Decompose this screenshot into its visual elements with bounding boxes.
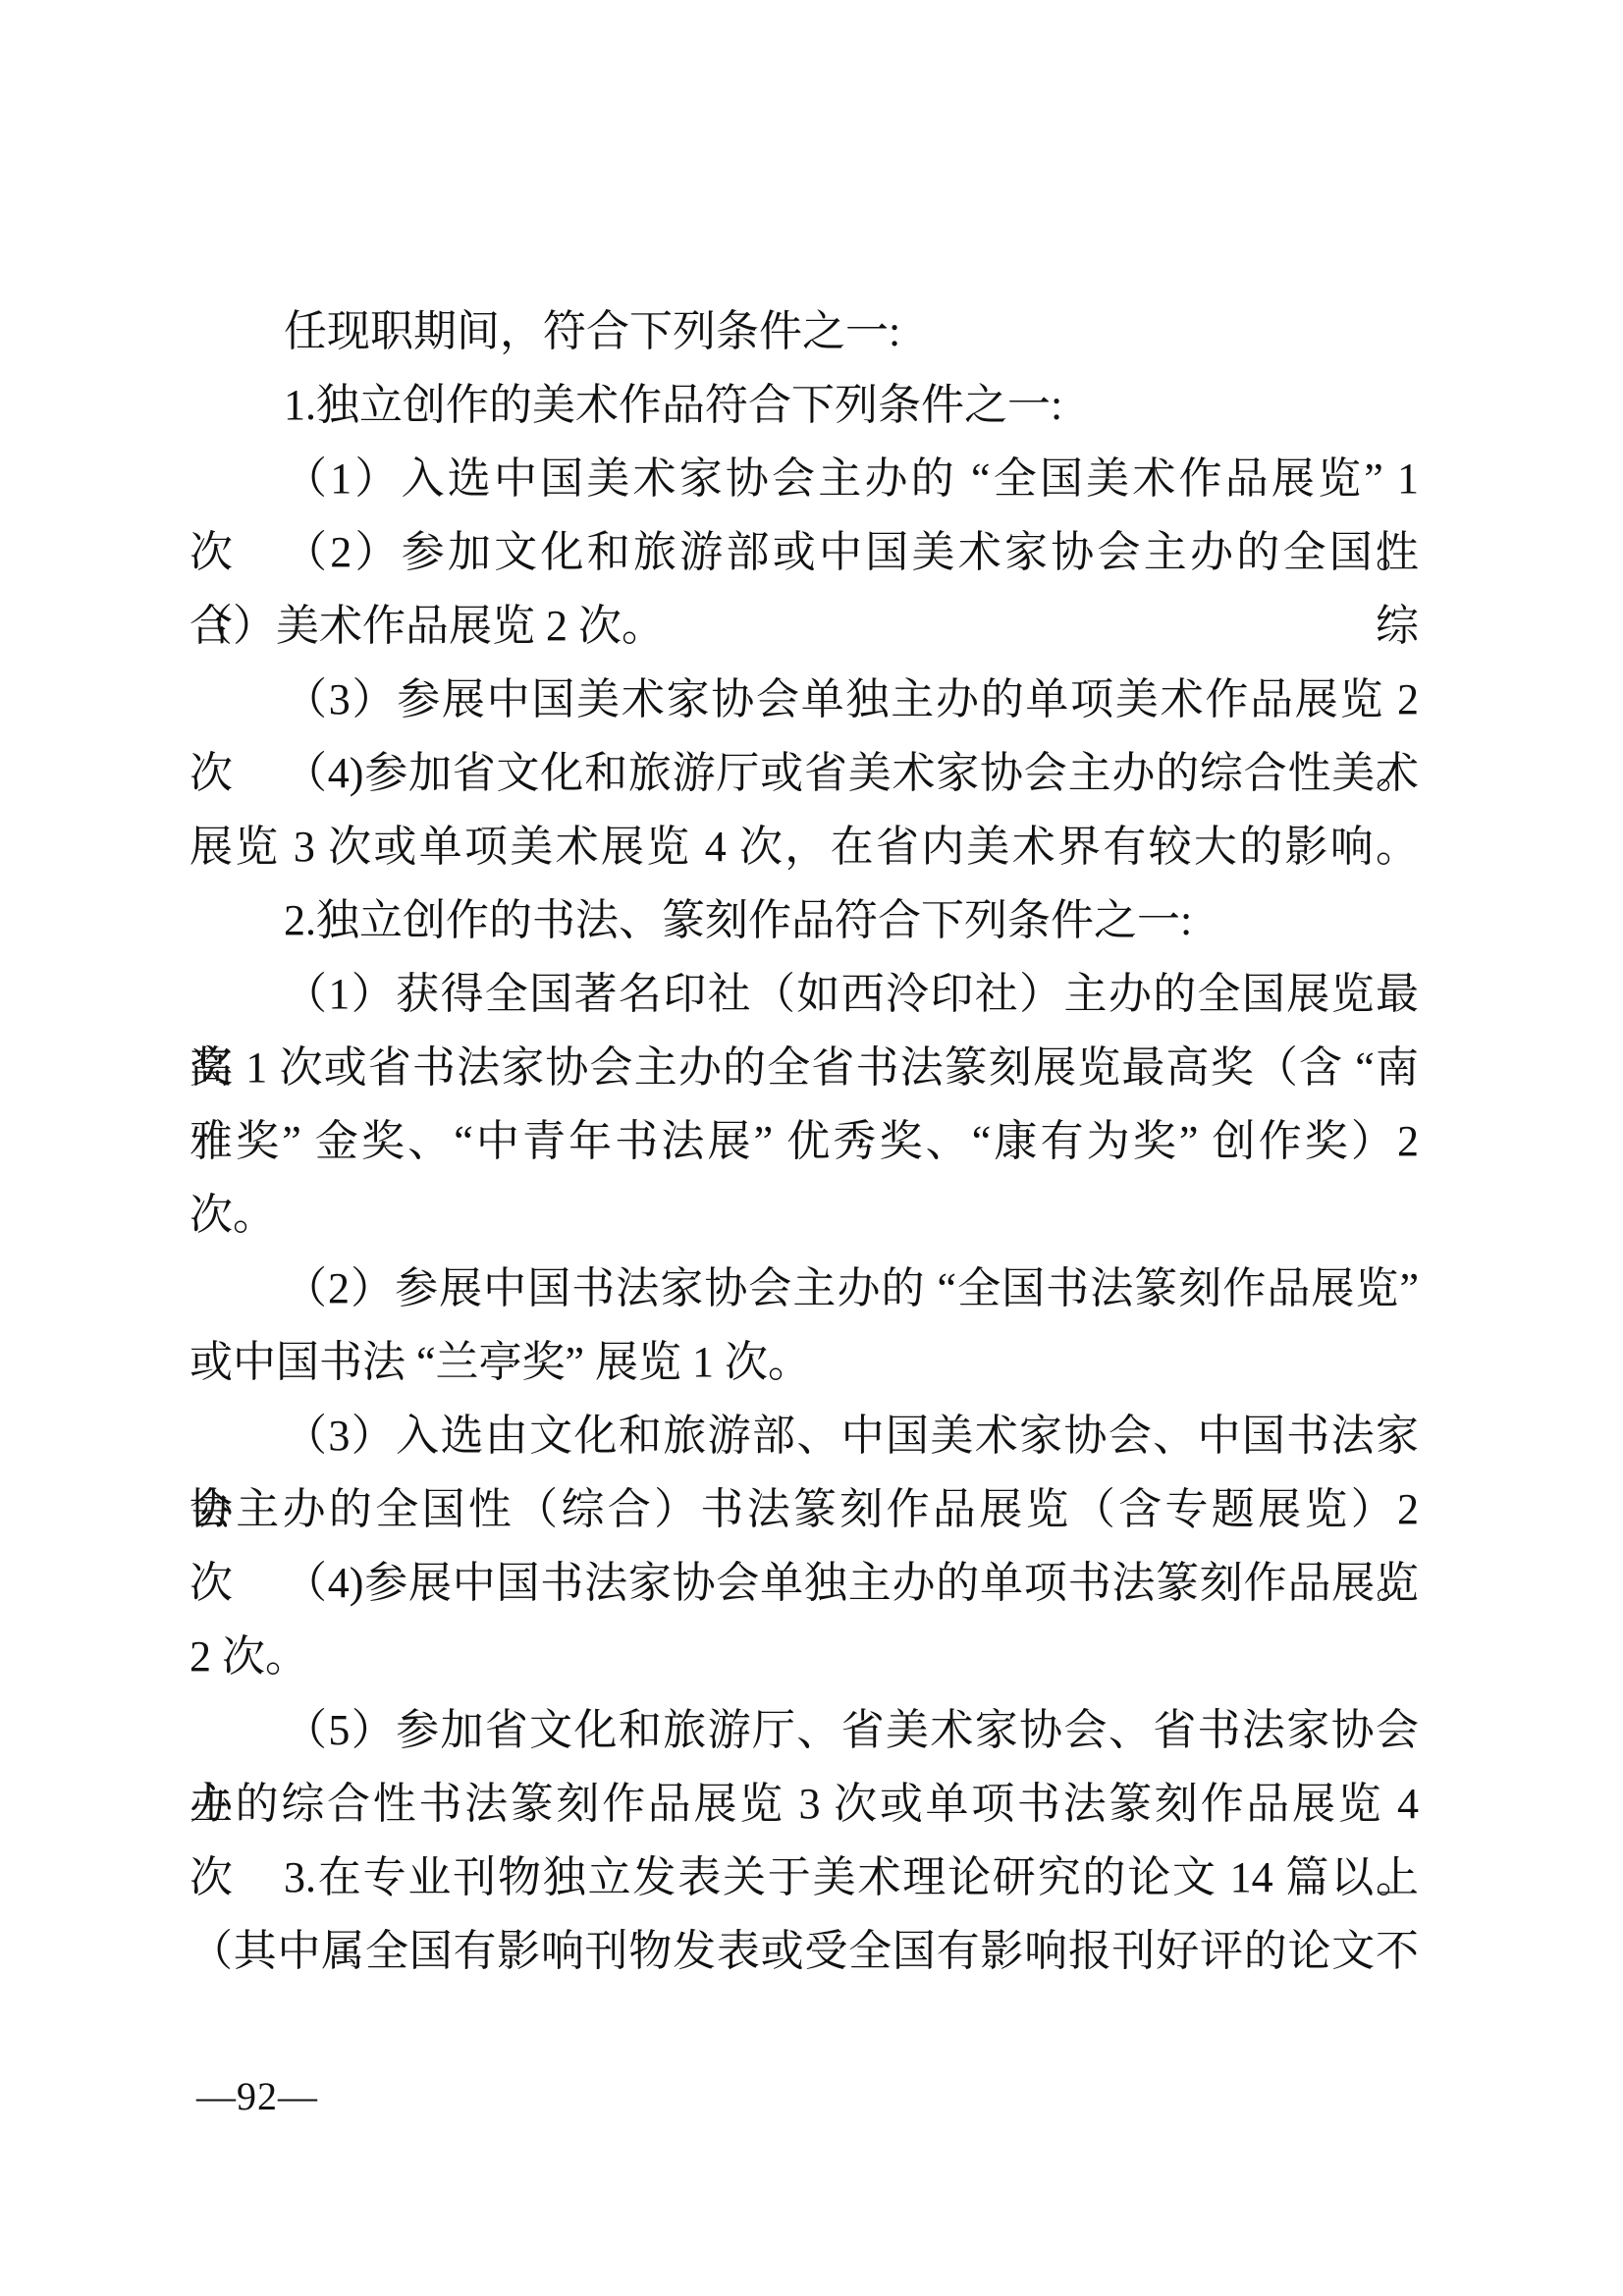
text-line: 1.独立创作的美术作品符合下列条件之一: bbox=[189, 368, 1419, 442]
text-line: （2）参加文化和旅游部或中国美术家协会主办的全国性（综 bbox=[189, 515, 1419, 589]
text-line: （1）入选中国美术家协会主办的 “全国美术作品展览” 1 次。 bbox=[189, 442, 1419, 515]
text-line: （5）参加省文化和旅游厅、省美术家协会、省书法家协会主 bbox=[189, 1693, 1419, 1767]
text-line: （3）参展中国美术家协会单独主办的单项美术作品展览 2 次。 bbox=[189, 663, 1419, 736]
text-line: 办的综合性书法篆刻作品展览 3 次或单项书法篆刻作品展览 4 次。 bbox=[189, 1767, 1419, 1841]
document-lines: 任现职期间，符合下列条件之一:1.独立创作的美术作品符合下列条件之一:（1）入选… bbox=[189, 294, 1419, 1988]
text-line: 奖 1 次或省书法家协会主办的全省书法篆刻展览最高奖（含 “南 bbox=[189, 1031, 1419, 1104]
document-page: 任现职期间，符合下列条件之一:1.独立创作的美术作品符合下列条件之一:（1）入选… bbox=[0, 0, 1623, 2296]
text-line: 会主办的全国性（综合）书法篆刻作品展览（含专题展览）2 次。 bbox=[189, 1472, 1419, 1546]
text-line: 3.在专业刊物独立发表关于美术理论研究的论文 14 篇以上 bbox=[189, 1841, 1419, 1914]
text-line: （3）入选由文化和旅游部、中国美术家协会、中国书法家协 bbox=[189, 1399, 1419, 1472]
text-line: 展览 3 次或单项美术展览 4 次，在省内美术界有较大的影响。 bbox=[189, 810, 1419, 883]
text-line: 2.独立创作的书法、篆刻作品符合下列条件之一: bbox=[189, 883, 1419, 957]
text-line: 2 次。 bbox=[189, 1620, 1419, 1693]
text-line: （2）参展中国书法家协会主办的 “全国书法篆刻作品展览” bbox=[189, 1252, 1419, 1325]
text-line: 或中国书法 “兰亭奖” 展览 1 次。 bbox=[189, 1325, 1419, 1399]
text-line: 雅奖” 金奖、“中青年书法展” 优秀奖、“康有为奖” 创作奖）2 bbox=[189, 1104, 1419, 1178]
text-line: （1）获得全国著名印社（如西泠印社）主办的全国展览最高 bbox=[189, 957, 1419, 1031]
text-line: 次。 bbox=[189, 1178, 1419, 1252]
text-line: （4)参加省文化和旅游厅或省美术家协会主办的综合性美术 bbox=[189, 736, 1419, 810]
text-line: 任现职期间，符合下列条件之一: bbox=[189, 294, 1419, 368]
page-number: —92— bbox=[196, 2073, 318, 2120]
text-line: （其中属全国有影响刊物发表或受全国有影响报刊好评的论文不 bbox=[189, 1914, 1419, 1988]
text-line: （4)参展中国书法家协会单独主办的单项书法篆刻作品展览 bbox=[189, 1546, 1419, 1620]
